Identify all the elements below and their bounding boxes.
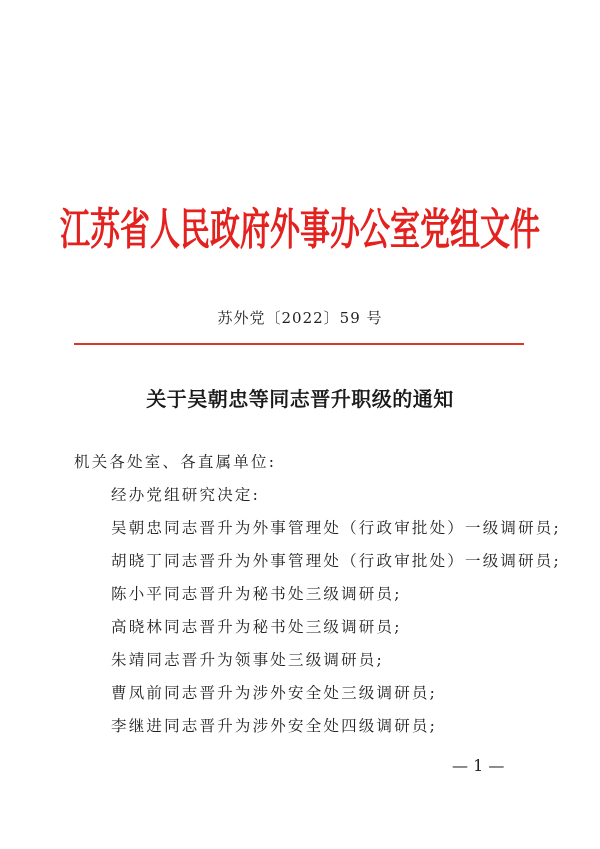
promotion-item: 朱靖同志晋升为领事处三级调研员; — [111, 650, 384, 670]
document-number: 苏外党〔2022〕59 号 — [0, 307, 600, 328]
promotion-item: 吴朝忠同志晋升为外事管理处（行政审批处）一级调研员; — [111, 518, 561, 538]
intro-line: 经办党组研究决定: — [111, 485, 260, 505]
page-number: — 1 — — [452, 756, 504, 775]
masthead-title: 江苏省人民政府外事办公室党组文件 — [0, 208, 600, 254]
salutation: 机关各处室、各直属单位: — [74, 452, 276, 472]
promotion-item: 高晓林同志晋升为秘书处三级调研员; — [111, 617, 402, 637]
promotion-item: 胡晓丁同志晋升为外事管理处（行政审批处）一级调研员; — [111, 551, 561, 571]
document-page: 江苏省人民政府外事办公室党组文件 苏外党〔2022〕59 号 关于吴朝忠等同志晋… — [0, 0, 600, 849]
promotion-item: 李继进同志晋升为涉外安全处四级调研员; — [111, 716, 437, 736]
promotion-item: 曹凤前同志晋升为涉外安全处三级调研员; — [111, 683, 437, 703]
notice-title: 关于吴朝忠等同志晋升职级的通知 — [0, 383, 600, 412]
red-divider-line — [74, 343, 524, 345]
promotion-item: 陈小平同志晋升为秘书处三级调研员; — [111, 584, 402, 604]
